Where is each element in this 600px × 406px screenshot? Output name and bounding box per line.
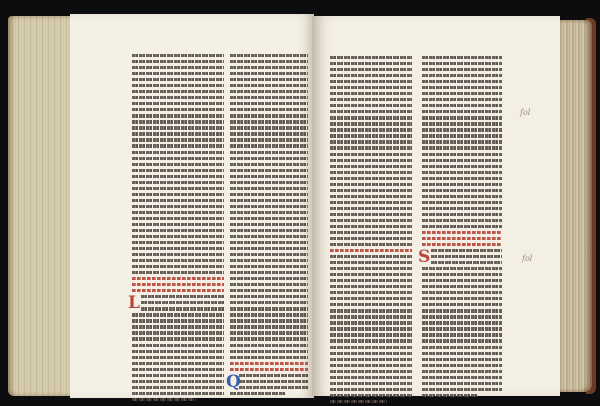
text-line [132,253,224,256]
text-line [132,102,224,105]
text-line [230,132,308,135]
right-page: S fol fol [312,16,560,396]
text-line [330,255,412,258]
text-line [422,122,502,125]
text-line [132,157,224,160]
text-line [132,398,196,401]
text-line [230,331,308,334]
text-line [132,169,224,172]
text-line [330,321,412,324]
text-line [431,261,502,264]
text-line [230,356,308,359]
right-fore-edge [556,20,592,392]
text-line [132,265,224,268]
text-line [330,279,412,282]
text-line [422,110,502,113]
text-line [330,267,412,270]
text-line [230,217,308,220]
text-line [230,175,308,178]
text-line [230,144,308,147]
text-line [330,333,412,336]
text-line [330,128,412,131]
text-line [330,388,412,391]
text-line [132,199,224,202]
text-line [330,303,412,306]
text-line [132,362,224,365]
text-line [230,289,308,292]
text-line [431,255,502,258]
text-line [422,159,502,162]
text-line [330,92,412,95]
text-line [330,62,412,65]
text-line [132,138,224,141]
text-line [330,364,412,367]
text-line [330,346,412,349]
text-line [422,243,502,246]
text-line [132,126,224,129]
text-line [330,382,412,385]
decorated-initial: S [418,247,430,267]
text-line [422,309,502,312]
text-line [330,183,412,186]
text-line [230,114,308,117]
text-line [132,72,224,75]
text-line [132,283,224,286]
text-line [230,102,308,105]
text-line [230,78,308,81]
text-line [330,291,412,294]
text-line [230,60,308,63]
text-line [422,80,502,83]
text-line [230,259,308,262]
text-line [422,231,502,234]
text-line [230,344,308,347]
text-line [132,380,224,383]
text-line [230,96,308,99]
text-line [132,211,224,214]
text-line [230,108,308,111]
text-line [132,151,224,154]
text-line [330,358,412,361]
text-line [230,211,308,214]
left-page: L Q [70,14,314,398]
text-line [422,171,502,174]
text-line [422,189,502,192]
text-line [330,195,412,198]
text-line [330,56,412,59]
text-line [330,309,412,312]
text-line [132,193,224,196]
text-line [132,289,224,292]
text-line [330,74,412,77]
text-line [422,297,502,300]
text-line [230,241,308,244]
text-line [132,392,224,395]
text-line [132,235,224,238]
text-line [330,261,412,264]
text-line [239,374,308,377]
text-line [330,68,412,71]
text-line [230,151,308,154]
text-line [422,388,502,391]
text-line [422,237,502,240]
text-line [230,283,308,286]
text-line [422,346,502,349]
text-line [132,84,224,87]
text-line [330,165,412,168]
text-line [230,337,308,340]
text-line [330,327,412,330]
text-line [132,54,224,57]
marginal-note: fol [520,108,530,117]
decorated-initial: L [128,293,140,313]
text-line [330,86,412,89]
text-line [330,370,412,373]
text-line [230,199,308,202]
text-line [141,307,224,310]
text-line [230,307,308,310]
text-line [422,291,502,294]
text-line [422,339,502,342]
text-line [132,356,224,359]
text-line [422,327,502,330]
text-line [422,364,502,367]
text-line [132,386,224,389]
text-line [330,110,412,113]
text-line [422,74,502,77]
text-line [230,229,308,232]
text-line [132,374,224,377]
text-line [422,153,502,156]
text-line [132,187,224,190]
text-line [330,140,412,143]
text-line [422,134,502,137]
text-line [132,344,224,347]
text-line [330,207,412,210]
text-line [132,60,224,63]
text-line [422,213,502,216]
text-line [132,90,224,93]
text-line [230,313,308,316]
text-line [230,187,308,190]
text-line [141,295,224,298]
text-line [422,279,502,282]
text-line [330,376,412,379]
text-line [330,98,412,101]
text-line [132,325,224,328]
text-line [230,368,308,371]
text-line [230,84,308,87]
text-line [230,54,308,57]
text-line [422,315,502,318]
text-line [132,241,224,244]
text-line [330,104,412,107]
text-line [230,193,308,196]
text-line [330,273,412,276]
text-line [132,114,224,117]
right-page-column-2: S [422,56,502,400]
text-line [132,223,224,226]
left-page-column-2: Q [230,54,308,398]
decorated-initial: Q [226,372,241,392]
text-line [422,116,502,119]
text-line [330,339,412,342]
text-line [230,90,308,93]
text-line [422,333,502,336]
text-line [132,175,224,178]
text-line [330,231,412,234]
text-line [330,189,412,192]
text-line [132,144,224,147]
text-line [422,267,502,270]
text-line [431,249,502,252]
text-line [422,303,502,306]
text-line [330,400,387,403]
text-line [422,273,502,276]
text-line [330,225,412,228]
text-line [132,313,224,316]
text-line [422,62,502,65]
text-line [132,205,224,208]
text-line [422,225,502,228]
text-line [330,394,412,397]
text-line [422,68,502,71]
text-line [330,80,412,83]
text-line [132,331,224,334]
text-line [230,325,308,328]
text-line [330,315,412,318]
text-line [422,201,502,204]
text-line [230,392,285,395]
text-line [422,140,502,143]
text-line [132,96,224,99]
text-line [330,352,412,355]
text-line [230,319,308,322]
text-line [230,66,308,69]
text-line [132,163,224,166]
text-line [132,319,224,322]
text-line [330,177,412,180]
text-line [422,195,502,198]
text-line [132,277,224,280]
text-line [422,370,502,373]
text-line [330,153,412,156]
text-line [132,368,224,371]
text-line [230,157,308,160]
text-line [330,285,412,288]
text-line [330,159,412,162]
text-line [330,297,412,300]
text-line [230,301,308,304]
text-line [132,120,224,123]
text-line [422,104,502,107]
text-line [330,146,412,149]
text-line [422,321,502,324]
text-line [230,277,308,280]
text-line [239,380,308,383]
text-line [330,134,412,137]
text-line [230,163,308,166]
text-line [422,98,502,101]
text-line [132,181,224,184]
text-line [330,213,412,216]
text-line [230,295,308,298]
text-line [230,72,308,75]
text-line [230,253,308,256]
text-line [230,120,308,123]
text-line [422,183,502,186]
text-line [422,382,502,385]
text-line [330,171,412,174]
text-line [422,358,502,361]
marginal-note: fol [522,254,532,263]
text-line [132,132,224,135]
right-page-column-1 [330,56,412,406]
text-line [132,66,224,69]
text-line [330,237,412,240]
text-line [422,56,502,59]
text-line [330,122,412,125]
text-line [422,146,502,149]
text-line [230,126,308,129]
text-line [141,301,224,304]
text-line [330,219,412,222]
text-line [330,116,412,119]
text-line [132,78,224,81]
text-line [132,217,224,220]
text-line [132,350,224,353]
text-line [230,362,308,365]
text-line [330,243,412,246]
text-line [230,181,308,184]
text-line [230,169,308,172]
text-line [330,249,412,252]
text-line [230,138,308,141]
text-line [422,86,502,89]
text-line [422,219,502,222]
text-line [422,352,502,355]
text-line [230,271,308,274]
text-line [422,128,502,131]
text-line [230,235,308,238]
text-line [422,177,502,180]
text-line [422,376,502,379]
text-line [132,337,224,340]
text-line [239,386,308,389]
text-line [230,205,308,208]
text-line [132,229,224,232]
text-line [422,285,502,288]
text-line [230,350,308,353]
text-line [422,165,502,168]
text-line [132,259,224,262]
text-line [422,207,502,210]
text-line [230,247,308,250]
text-line [230,223,308,226]
left-fore-edge [8,16,72,396]
text-line [132,108,224,111]
text-line [330,201,412,204]
left-page-column-1: L [132,54,224,404]
text-line [132,271,224,274]
text-line [230,265,308,268]
text-line [422,394,478,397]
text-line [132,247,224,250]
text-line [422,92,502,95]
